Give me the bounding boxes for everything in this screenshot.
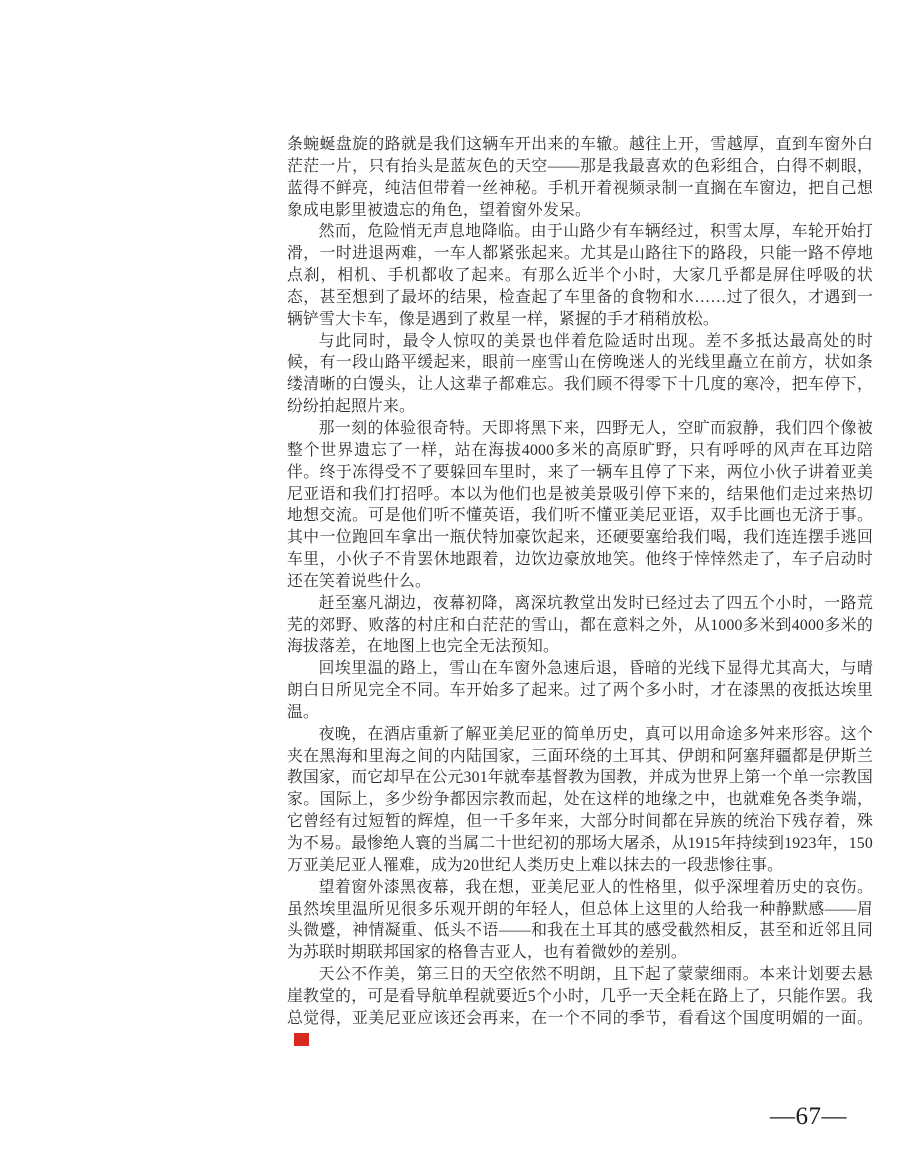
article-body: 条蜿蜒盘旋的路就是我们这辆车开出来的车辙。越往上开，雪越厚，直到车窗外白茫茫一片… (287, 134, 873, 1051)
paragraph: 赶至塞凡湖边，夜幕初降，离深坑教堂出发时已经过去了四五个小时，一路荒芜的郊野、败… (287, 593, 873, 659)
book-page: 条蜿蜒盘旋的路就是我们这辆车开出来的车辙。越往上开，雪越厚，直到车窗外白茫茫一片… (0, 0, 899, 1151)
paragraph: 夜晚，在酒店重新了解亚美尼亚的简单历史，真可以用命途多舛来形容。这个夹在黑海和里… (287, 724, 873, 877)
paragraph: 条蜿蜒盘旋的路就是我们这辆车开出来的车辙。越往上开，雪越厚，直到车窗外白茫茫一片… (287, 134, 873, 221)
paragraph: 那一刻的体验很奇特。天即将黑下来，四野无人，空旷而寂静，我们四个像被整个世界遗忘… (287, 418, 873, 593)
paragraph: 天公不作美，第三日的天空依然不明朗，且下起了蒙蒙细雨。本来计划要去悬崖教堂的，可… (287, 964, 873, 1051)
paragraph: 望着窗外漆黑夜幕，我在想，亚美尼亚人的性格里，似乎深埋着历史的哀伤。虽然埃里温所… (287, 877, 873, 964)
paragraph: 与此同时，最令人惊叹的美景也伴着危险适时出现。差不多抵达最高处的时候，有一段山路… (287, 331, 873, 418)
paragraph: 回埃里温的路上，雪山在车窗外急速后退，昏暗的光线下显得尤其高大，与晴朗白日所见完… (287, 658, 873, 724)
page-number: —67— (770, 1102, 847, 1132)
end-of-article-mark (294, 1033, 309, 1046)
paragraph: 然而，危险悄无声息地降临。由于山路少有车辆经过，积雪太厚，车轮开始打滑，一时进退… (287, 221, 873, 330)
